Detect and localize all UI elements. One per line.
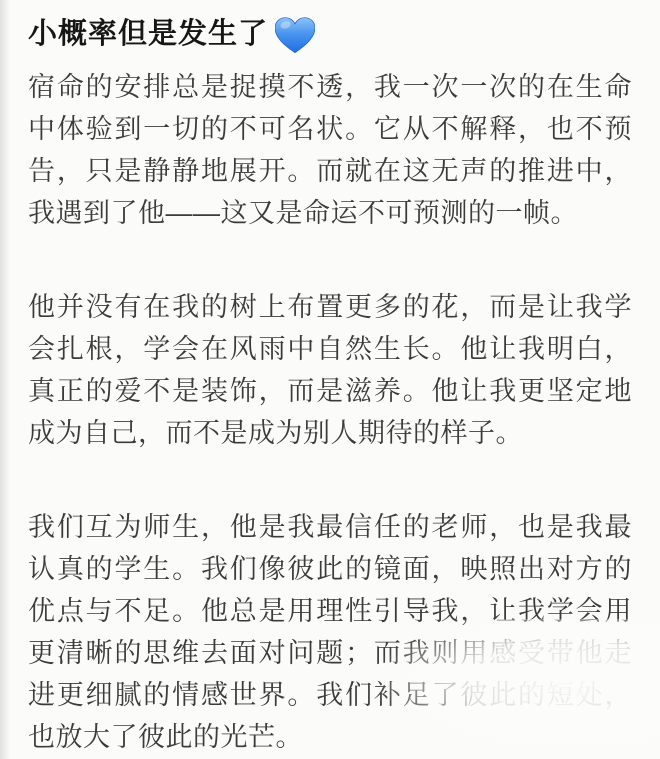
left-edge-shadow [0, 0, 10, 759]
article-title-text: 小概率但是发生了 [28, 12, 268, 56]
article-paragraph-3: 我们互为师生，他是我最信任的老师，也是我最认真的学生。我们像彼此的镜面，映照出对… [28, 506, 632, 758]
article-page: 小概率但是发生了 宿命的安排总是捉摸不透，我一次一次的在生命中体验到一切的不可名… [0, 0, 660, 759]
blue-heart-icon [275, 17, 315, 54]
article-title: 小概率但是发生了 [28, 12, 632, 56]
article-paragraph-2: 他并没有在我的树上布置更多的花，而是让我学会扎根，学会在风雨中自然生长。他让我明… [28, 286, 632, 454]
article-paragraph-1: 宿命的安排总是捉摸不透，我一次一次的在生命中体验到一切的不可名状。它从不解释，也… [28, 66, 632, 234]
